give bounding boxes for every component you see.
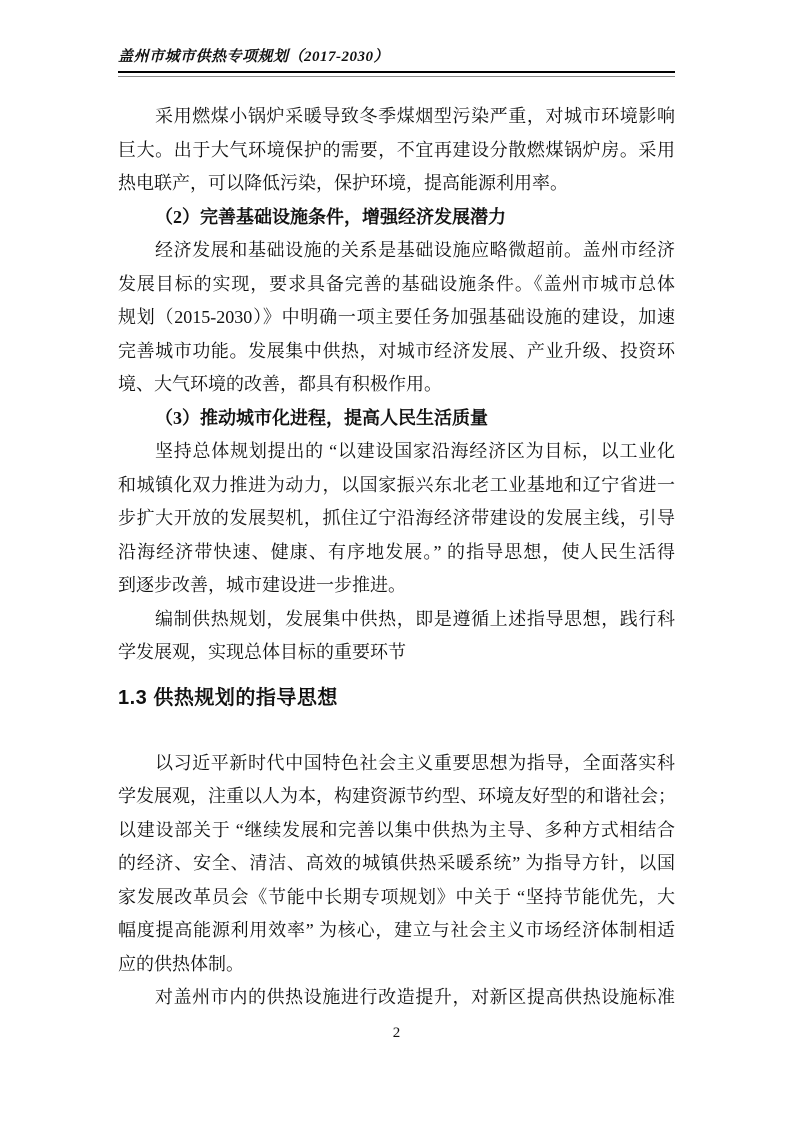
subheading: （3）推动城市化进程，提高人民生活质量 bbox=[118, 402, 675, 436]
paragraph: 以习近平新时代中国特色社会主义重要思想为指导，全面落实科学发展观，注重以人为本，… bbox=[118, 747, 675, 982]
paragraph-line: 和城镇化双力推进为动力，以国家振兴东北老工业基地和辽宁省进一 bbox=[118, 469, 675, 503]
paragraph-line: 规划（2015-2030）》中明确一项主要任务加强基础设施的建设，加速 bbox=[118, 301, 675, 335]
paragraph-line: 到逐步改善，城市建设进一步推进。 bbox=[118, 569, 675, 603]
section-heading: 1.3 供热规划的指导思想 bbox=[118, 680, 675, 716]
paragraph-line: 完善城市功能。发展集中供热，对城市经济发展、产业升级、投资环 bbox=[118, 335, 675, 369]
header-title: 盖州市城市供热专项规划（2017-2030） bbox=[118, 46, 675, 68]
paragraph: 编制供热规划，发展集中供热，即是遵循上述指导思想，践行科学发展观，实现总体目标的… bbox=[118, 603, 675, 670]
paragraph-line: 坚持总体规划提出的 “以建设国家沿海经济区为目标，以工业化 bbox=[118, 435, 675, 469]
header-rule bbox=[118, 71, 675, 77]
paragraph-line: 应的供热体制。 bbox=[118, 948, 675, 982]
paragraph-line: 家发展改革员会《节能中长期专项规划》中关于 “坚持节能优先，大 bbox=[118, 881, 675, 915]
paragraph-line: 以建设部关于 “继续发展和完善以集中供热为主导、多种方式相结合 bbox=[118, 814, 675, 848]
paragraph-line: 的经济、安全、清洁、高效的城镇供热采暖系统” 为指导方针，以国 bbox=[118, 847, 675, 881]
paragraph-line: 学发展观，注重以人为本，构建资源节约型、环境友好型的和谐社会； bbox=[118, 780, 675, 814]
paragraph-line: 经济发展和基础设施的关系是基础设施应略微超前。盖州市经济 bbox=[118, 234, 675, 268]
subheading: （2）完善基础设施条件，增强经济发展潜力 bbox=[118, 201, 675, 235]
paragraph: 经济发展和基础设施的关系是基础设施应略微超前。盖州市经济发展目标的实现，要求具备… bbox=[118, 234, 675, 402]
paragraph: 对盖州市内的供热设施进行改造提升，对新区提高供热设施标准 bbox=[118, 981, 675, 1015]
document-page: 盖州市城市供热专项规划（2017-2030） 采用燃煤小锅炉采暖导致冬季煤烟型污… bbox=[0, 0, 793, 1122]
page-header: 盖州市城市供热专项规划（2017-2030） bbox=[118, 46, 675, 77]
paragraph-line: 对盖州市内的供热设施进行改造提升，对新区提高供热设施标准 bbox=[118, 981, 675, 1015]
page-number: 2 bbox=[393, 1025, 401, 1041]
page-footer: 2 bbox=[0, 1022, 793, 1044]
paragraph-line: 步扩大开放的发展契机，抓住辽宁沿海经济带建设的发展主线，引导 bbox=[118, 502, 675, 536]
paragraph-line: 巨大。出于大气环境保护的需要，不宜再建设分散燃煤锅炉房。采用 bbox=[118, 134, 675, 168]
paragraph: 坚持总体规划提出的 “以建设国家沿海经济区为目标，以工业化和城镇化双力推进为动力… bbox=[118, 435, 675, 603]
paragraph-line: 沿海经济带快速、健康、有序地发展。” 的指导思想，使人民生活得 bbox=[118, 536, 675, 570]
paragraph: 采用燃煤小锅炉采暖导致冬季煤烟型污染严重，对城市环境影响巨大。出于大气环境保护的… bbox=[118, 100, 675, 201]
paragraph-line: 以习近平新时代中国特色社会主义重要思想为指导，全面落实科 bbox=[118, 747, 675, 781]
paragraph-line: 热电联产，可以降低污染，保护环境，提高能源利用率。 bbox=[118, 167, 675, 201]
paragraph-line: 采用燃煤小锅炉采暖导致冬季煤烟型污染严重，对城市环境影响 bbox=[118, 100, 675, 134]
document-body: 采用燃煤小锅炉采暖导致冬季煤烟型污染严重，对城市环境影响巨大。出于大气环境保护的… bbox=[118, 100, 675, 1015]
paragraph-line: 编制供热规划，发展集中供热，即是遵循上述指导思想，践行科 bbox=[118, 603, 675, 637]
paragraph-line: 发展目标的实现，要求具备完善的基础设施条件。《盖州市城市总体 bbox=[118, 268, 675, 302]
paragraph-line: 幅度提高能源利用效率” 为核心，建立与社会主义市场经济体制相适 bbox=[118, 914, 675, 948]
paragraph-line: 学发展观，实现总体目标的重要环节 bbox=[118, 636, 675, 670]
paragraph-line: 境、大气环境的改善，都具有积极作用。 bbox=[118, 368, 675, 402]
